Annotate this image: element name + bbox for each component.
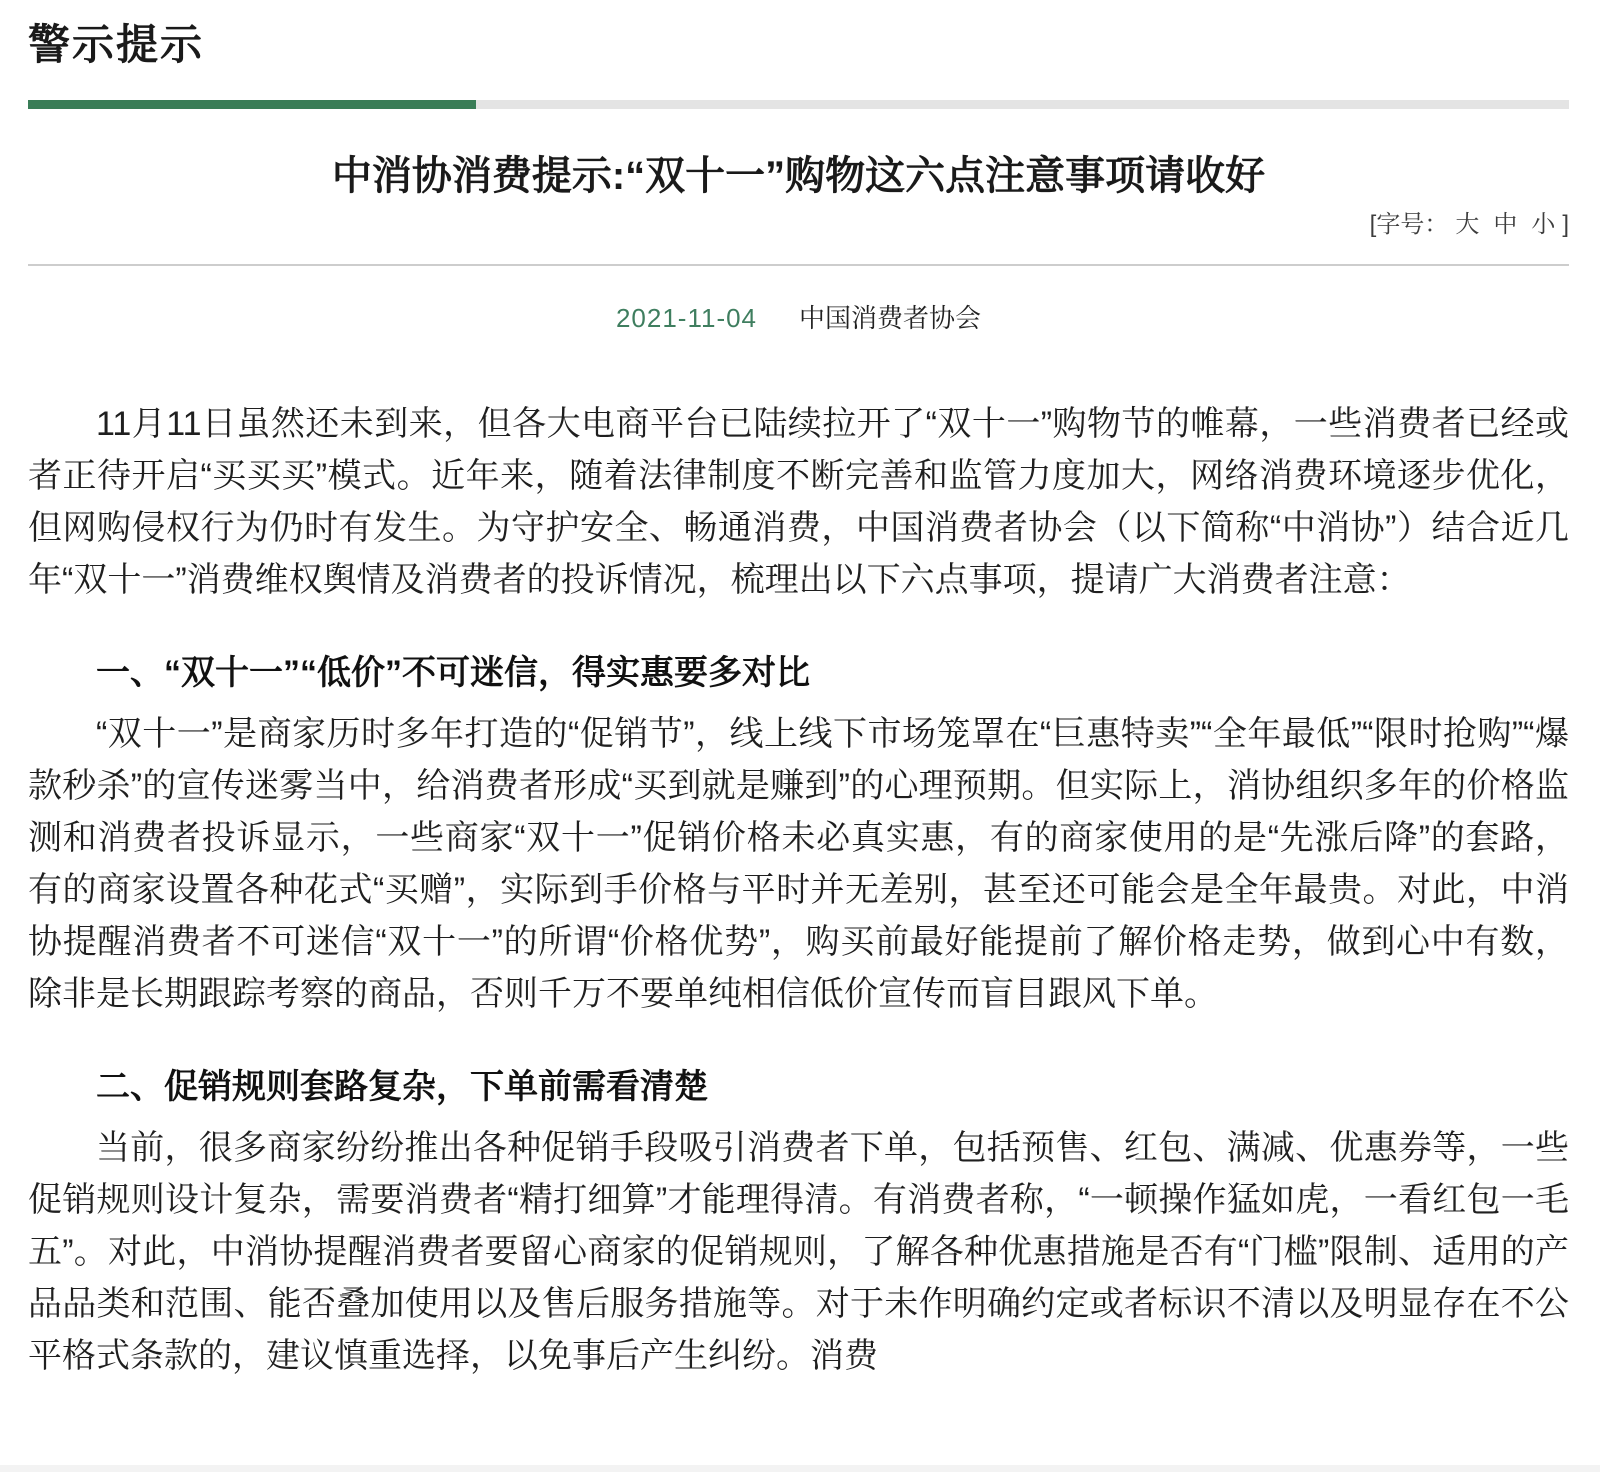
section-2-paragraph: 当前，很多商家纷纷推出各种促销手段吸引消费者下单，包括预售、红包、满减、优惠券等… <box>28 1122 1569 1382</box>
bottom-edge <box>0 1465 1600 1472</box>
font-size-controls: [字号：大中小] <box>28 209 1569 241</box>
header-divider <box>28 264 1569 266</box>
section-underline <box>28 100 1569 109</box>
publish-source: 中国消费者协会 <box>799 303 981 333</box>
section-1-paragraph: “双十一”是商家历时多年打造的“促销节”，线上线下市场笼罩在“巨惠特卖”“全年最… <box>28 708 1569 1020</box>
intro-paragraph: 11月11日虽然还未到来，但各大电商平台已陆续拉开了“双十一”购物节的帷幕，一些… <box>28 398 1569 606</box>
section-heading-2: 二、促销规则套路复杂，下单前需看清楚 <box>28 1060 1569 1114</box>
article-page: 警示提示 中消协消费提示:“双十一”购物这六点注意事项请收好 [字号：大中小] … <box>0 0 1600 1472</box>
article-meta: 2021-11-04中国消费者协会 <box>28 300 1569 336</box>
font-size-large-button[interactable]: 大 <box>1455 209 1479 241</box>
font-size-medium-button[interactable]: 中 <box>1493 209 1517 241</box>
font-size-label-close: ] <box>1562 211 1569 238</box>
section-underline-accent <box>28 100 476 109</box>
page-section-title: 警示提示 <box>28 16 1569 74</box>
publish-date: 2021-11-04 <box>616 303 757 333</box>
font-size-label-open: [字号： <box>1370 211 1449 238</box>
article-title: 中消协消费提示:“双十一”购物这六点注意事项请收好 <box>28 147 1569 205</box>
article-body: 11月11日虽然还未到来，但各大电商平台已陆续拉开了“双十一”购物节的帷幕，一些… <box>28 398 1569 1382</box>
font-size-small-button[interactable]: 小 <box>1531 209 1555 241</box>
section-heading-1: 一、“双十一”“低价”不可迷信，得实惠要多对比 <box>28 646 1569 700</box>
